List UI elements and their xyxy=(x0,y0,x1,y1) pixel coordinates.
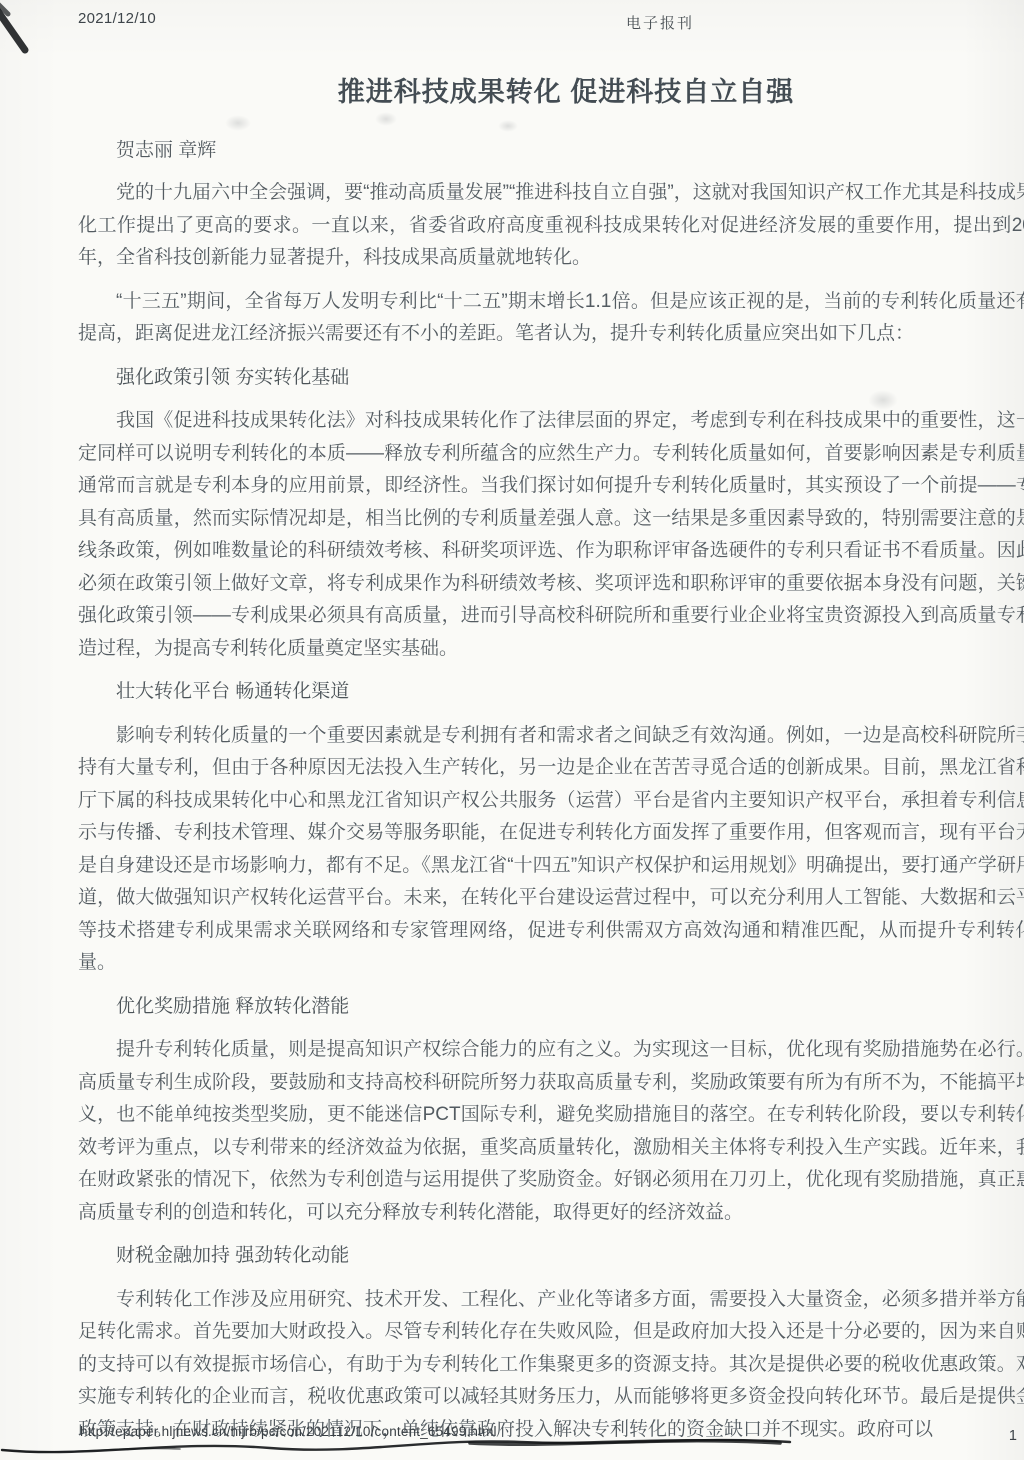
print-date: 2021/12/10 xyxy=(78,10,156,27)
article-byline: 贺志丽 章辉 xyxy=(78,136,1024,166)
source-url: http://epaper.hljnews.cn/hljrb/pc/con/20… xyxy=(80,1424,497,1439)
scan-smudge-2 xyxy=(375,112,397,126)
paragraph-4: 影响专利转化质量的一个重要因素就是专利拥有者和需求者之间缺乏有效沟通。例如，一边… xyxy=(78,720,1024,980)
article-sheet: 2021/12/10 电子报刊 推进科技成果转化 促进科技自立自强 贺志丽 章辉… xyxy=(0,0,1024,1457)
publication-name: 电子报刊 xyxy=(626,12,694,33)
scan-smudge-1 xyxy=(225,115,251,131)
paragraph-3: 我国《促进科技成果转化法》对科技成果转化作了法律层面的界定，考虑到专利在科技成果… xyxy=(78,405,1024,665)
page-number: 1 xyxy=(1009,1428,1017,1444)
article-title: 推进科技成果转化 促进科技自立自强 xyxy=(78,74,1024,110)
section-heading-3: 优化奖励措施 释放转化潜能 xyxy=(78,991,1024,1024)
section-heading-2: 壮大转化平台 畅通转化渠道 xyxy=(78,676,1024,709)
print-header: 2021/12/10 电子报刊 xyxy=(78,0,1024,44)
paragraph-6: 专利转化工作涉及应用研究、技术开发、工程化、产业化等诸多方面，需要投入大量资金，… xyxy=(78,1284,1024,1447)
scan-smudge-4 xyxy=(868,390,898,410)
section-heading-4: 财税金融加持 强劲转化动能 xyxy=(78,1240,1024,1273)
scan-smudge-3 xyxy=(498,120,518,132)
paragraph-1: 党的十九届六中全会强调，要“推动高质量发展”“推进科技自立自强”，这就对我国知识… xyxy=(78,177,1024,275)
scanned-document-page: { "header": { "date": "2021/12/10", "pub… xyxy=(0,0,1024,1460)
paragraph-2: “十三五”期间，全省每万人发明专利比“十二五”期末增长1.1倍。但是应该正视的是… xyxy=(78,286,1024,351)
paragraph-5: 提升专利转化质量，则是提高知识产权综合能力的应有之义。为实现这一目标，优化现有奖… xyxy=(78,1034,1024,1229)
